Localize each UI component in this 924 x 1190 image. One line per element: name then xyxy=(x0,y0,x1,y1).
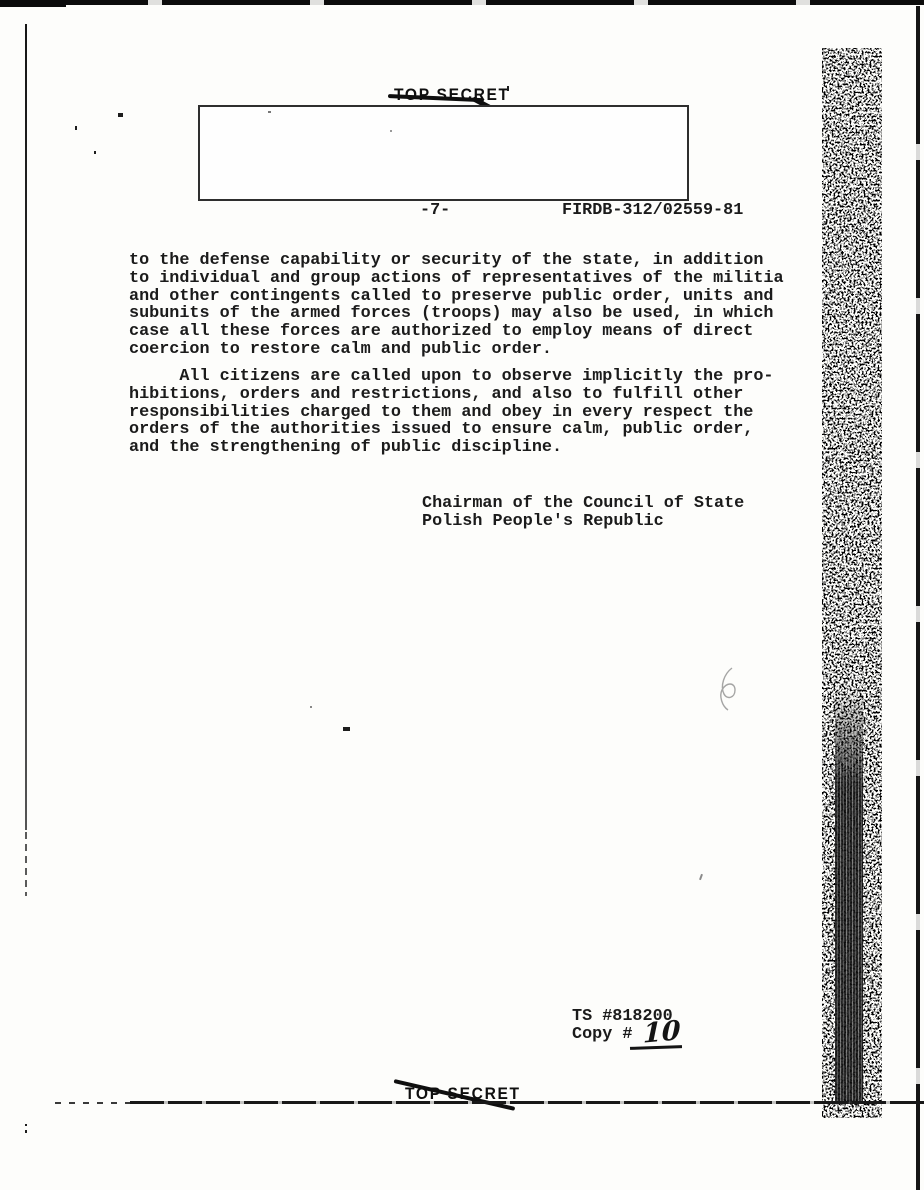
scan-speckle xyxy=(310,706,312,708)
scan-artifact-left-margin-line xyxy=(25,24,27,830)
body-paragraph-1: to the defense capability or security of… xyxy=(129,252,784,359)
scan-artifact-bottom-rule xyxy=(130,1101,924,1104)
body-paragraph-2: All citizens are called upon to observe … xyxy=(129,368,774,457)
scan-speckle xyxy=(390,130,392,132)
scan-noise-dense-strip xyxy=(835,690,863,1104)
scan-speckle xyxy=(343,727,350,731)
scan-speckle xyxy=(75,126,77,130)
scan-speckle xyxy=(118,113,123,117)
signature-block: Chairman of the Council of State Polish … xyxy=(422,495,744,531)
scan-speckle xyxy=(25,1130,27,1133)
copy-label: Copy # xyxy=(572,1026,632,1044)
page-number: -7- xyxy=(420,202,450,220)
scan-artifact-top-left-bar xyxy=(0,0,66,7)
pencil-squiggle-mark xyxy=(708,664,748,716)
scan-speckle xyxy=(699,874,703,880)
scan-speckle xyxy=(507,86,509,91)
copy-number-handwritten: 10 xyxy=(643,1017,681,1047)
scan-artifact-bottom-rule-light xyxy=(55,1102,130,1104)
document-number: FIRDB-312/02559-81 xyxy=(562,202,743,220)
scan-speckle xyxy=(94,151,96,154)
redaction-box xyxy=(198,105,689,201)
scan-speckle xyxy=(25,1124,27,1126)
scan-artifact-left-margin-line-broken xyxy=(25,832,27,896)
scan-speckle xyxy=(268,111,271,113)
scan-artifact-right-edge-line xyxy=(916,6,920,1190)
scan-artifact-top-edge xyxy=(0,0,924,5)
scanned-document-page: TOP SECRET -7- FIRDB-312/02559-81 to the… xyxy=(0,0,924,1190)
